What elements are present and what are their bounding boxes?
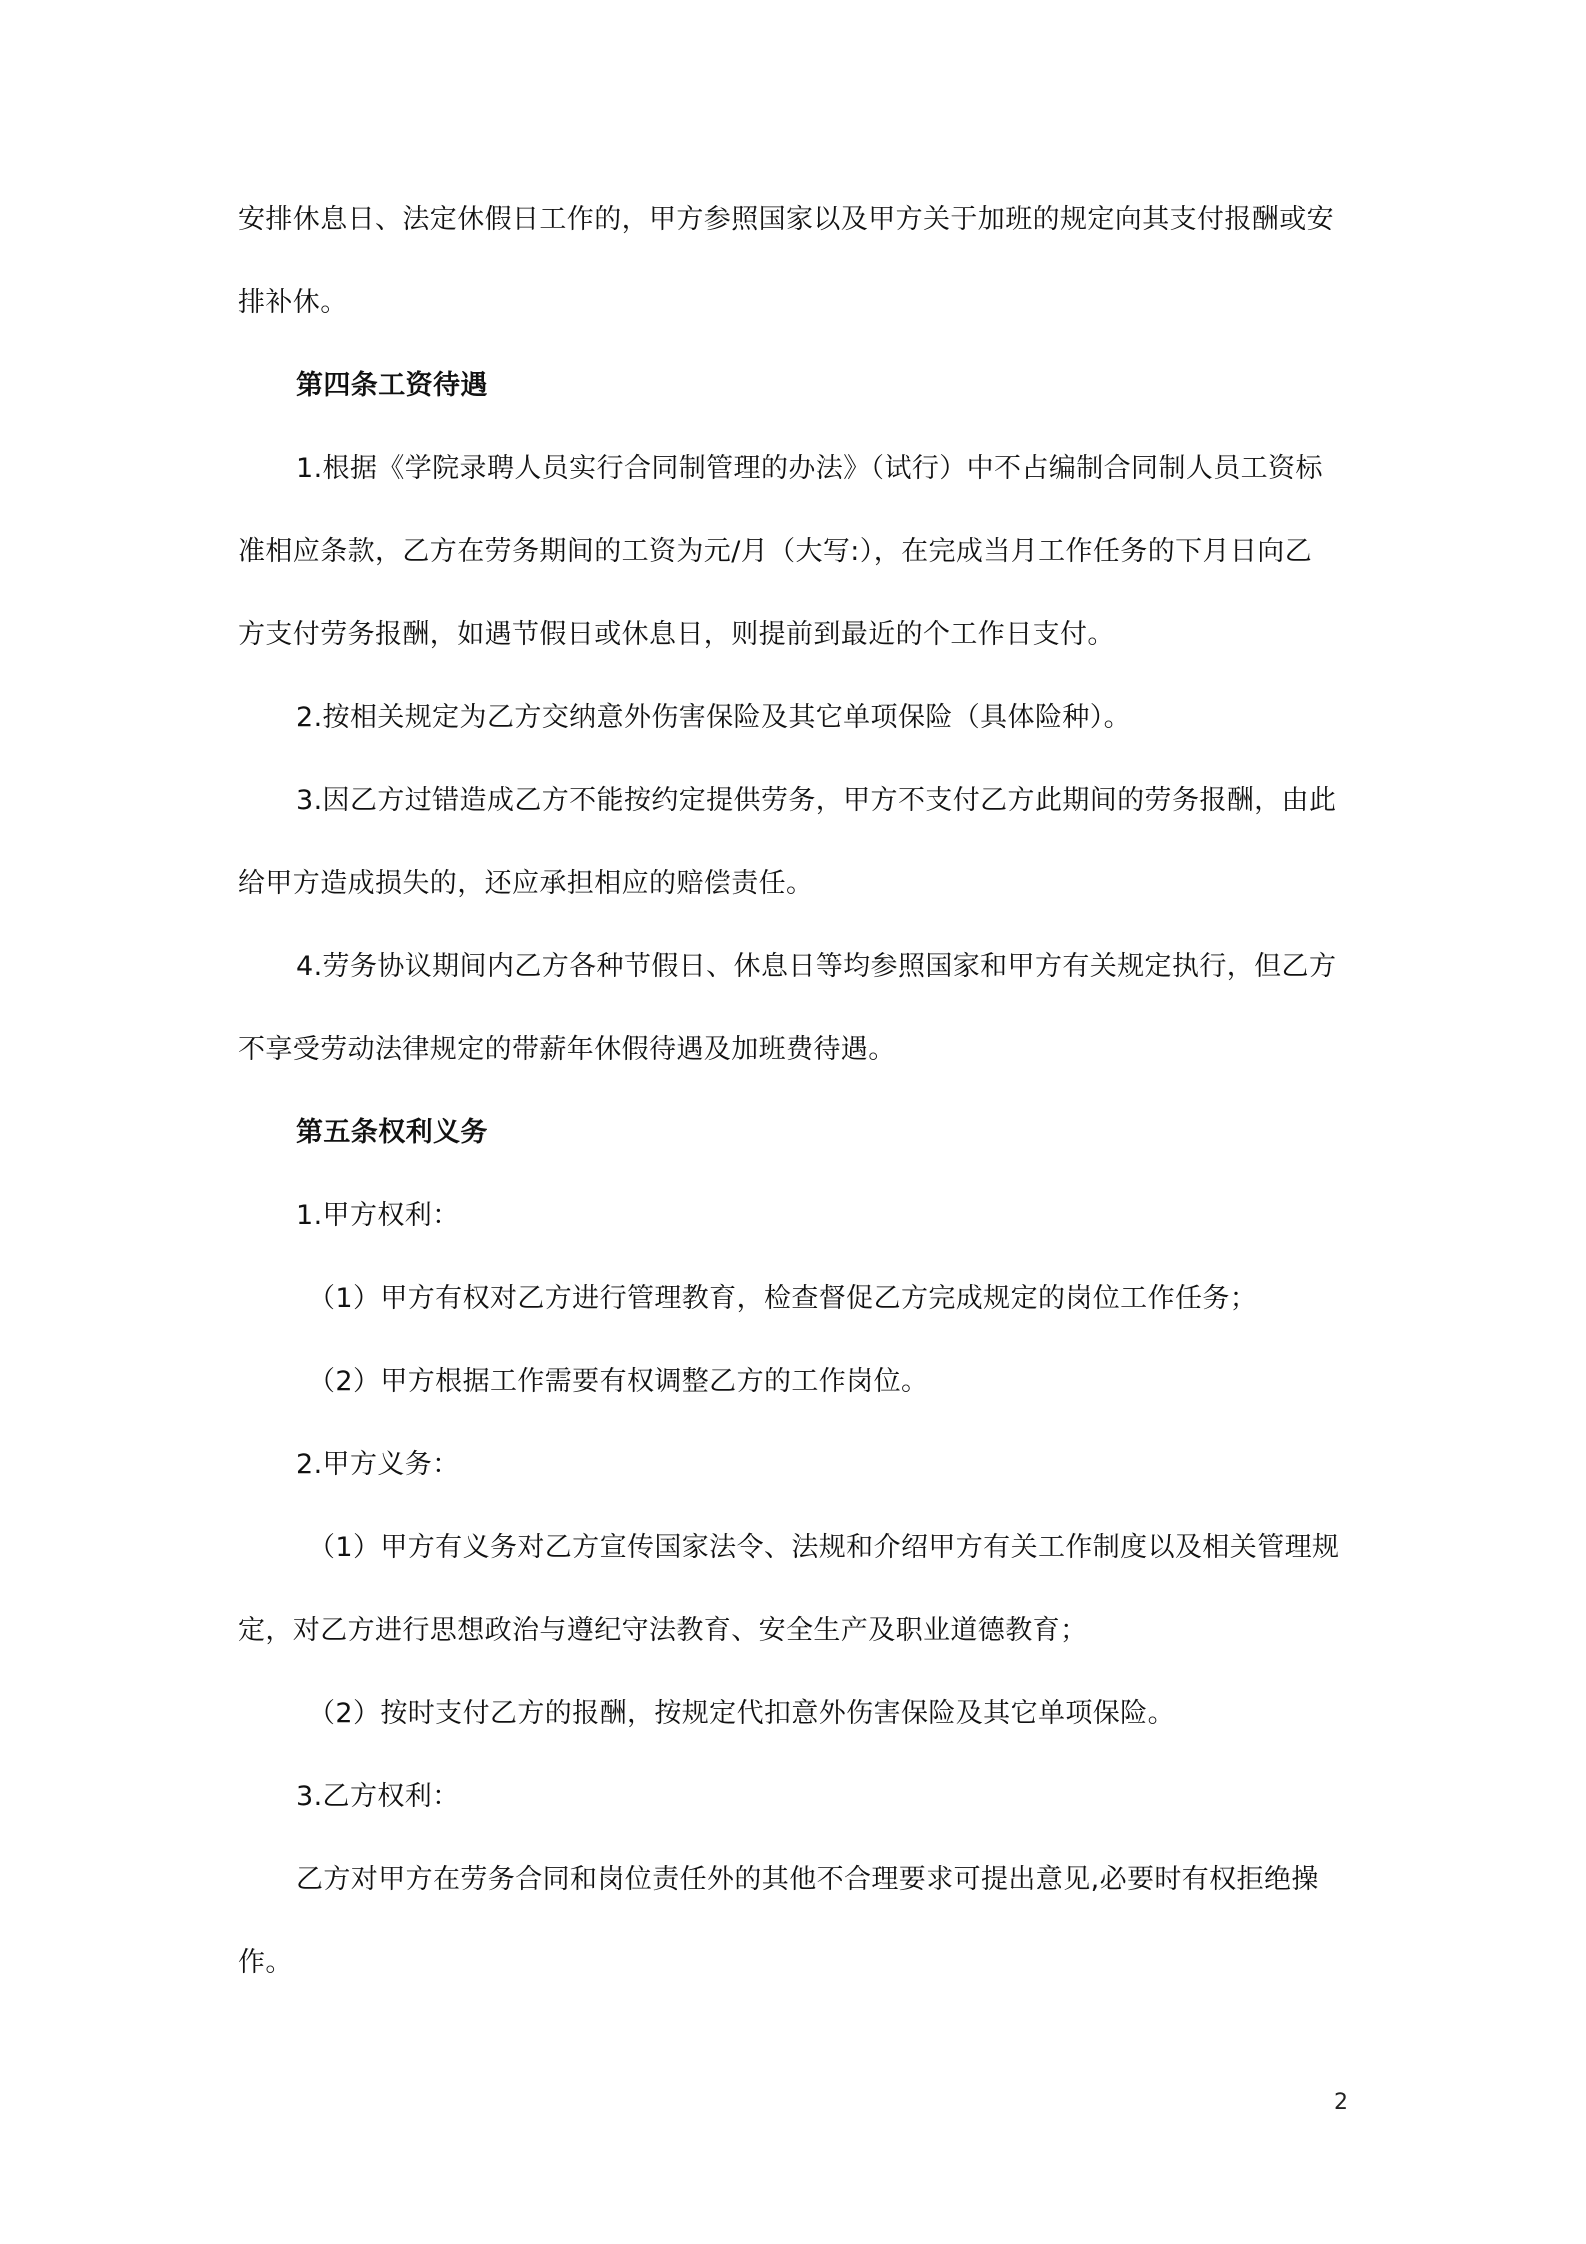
paragraph-line: 3.因乙方过错造成乙方不能按约定提供劳务，甲方不支付乙方此期间的劳务报酬，由此 xyxy=(296,783,1336,819)
paragraph-line: （1）甲方有权对乙方进行管理教育，检查督促乙方完成规定的岗位工作任务； xyxy=(308,1281,1257,1317)
paragraph-line: 2.甲方义务： xyxy=(296,1447,460,1483)
paragraph-line: 2.按相关规定为乙方交纳意外伤害保险及其它单项保险（具体险种）。 xyxy=(296,700,1131,736)
paragraph-line: 3.乙方权利： xyxy=(296,1779,460,1815)
document-page: 安排休息日、法定休假日工作的，甲方参照国家以及甲方关于加班的规定向其支付报酬或安… xyxy=(0,0,1586,2244)
paragraph-line: 乙方对甲方在劳务合同和岗位责任外的其他不合理要求可提出意见,必要时有权拒绝操 xyxy=(296,1862,1319,1898)
paragraph-line: 排补休。 xyxy=(238,285,348,321)
paragraph-line: （2）甲方根据工作需要有权调整乙方的工作岗位。 xyxy=(308,1364,928,1400)
page-number: 2 xyxy=(1334,2090,1348,2115)
paragraph-line: 给甲方造成损失的，还应承担相应的赔偿责任。 xyxy=(238,866,813,902)
paragraph-line: 1.根据《学院录聘人员实行合同制管理的办法》（试行）中不占编制合同制人员工资标 xyxy=(296,451,1323,487)
paragraph-line: 1.甲方权利： xyxy=(296,1198,460,1234)
paragraph-line: 作。 xyxy=(238,1945,293,1981)
paragraph-line: （1）甲方有义务对乙方宣传国家法令、法规和介绍甲方有关工作制度以及相关管理规 xyxy=(308,1530,1339,1566)
paragraph-line: 不享受劳动法律规定的带薪年休假待遇及加班费待遇。 xyxy=(238,1032,896,1068)
paragraph-line: 定，对乙方进行思想政治与遵纪守法教育、安全生产及职业道德教育； xyxy=(238,1613,1087,1649)
section-heading-article-4: 第四条工资待遇 xyxy=(296,368,488,404)
section-heading-article-5: 第五条权利义务 xyxy=(296,1115,488,1151)
paragraph-line: 方支付劳务报酬，如遇节假日或休息日，则提前到最近的个工作日支付。 xyxy=(238,617,1115,653)
paragraph-line: （2）按时支付乙方的报酬，按规定代扣意外伤害保险及其它单项保险。 xyxy=(308,1696,1175,1732)
paragraph-line: 安排休息日、法定休假日工作的，甲方参照国家以及甲方关于加班的规定向其支付报酬或安 xyxy=(238,202,1334,238)
paragraph-line: 准相应条款，乙方在劳务期间的工资为元/月（大写:），在完成当月工作任务的下月日向… xyxy=(238,534,1312,570)
paragraph-line: 4.劳务协议期间内乙方各种节假日、休息日等均参照国家和甲方有关规定执行，但乙方 xyxy=(296,949,1336,985)
